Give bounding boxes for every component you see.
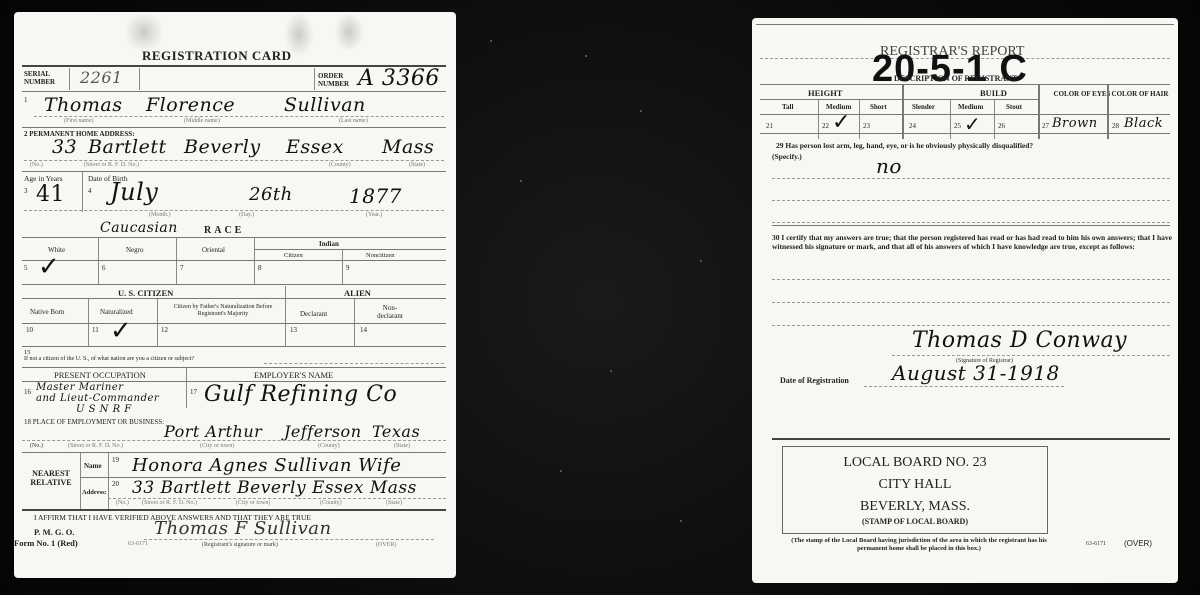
eye-color: Brown	[1052, 116, 1098, 131]
divider	[22, 284, 446, 285]
relative-address-label: Address:	[82, 489, 107, 496]
field-number: 4	[88, 187, 92, 195]
caption: (City or town)	[236, 500, 270, 506]
dob-month: July	[110, 178, 158, 206]
divider	[864, 386, 1064, 387]
card-title: REGISTRATION CARD	[142, 48, 291, 64]
divider	[772, 325, 1170, 326]
dust-speck	[585, 55, 587, 57]
stamp-line3: BEVERLY, MASS.	[783, 499, 1047, 515]
caption: (First name)	[64, 118, 94, 124]
divider	[772, 438, 1170, 440]
dust-speck	[520, 180, 522, 182]
divider	[342, 249, 343, 284]
field-number: 19	[112, 456, 119, 464]
occupation-line1: Master Mariner	[36, 382, 124, 393]
build-col-medium: Medium	[958, 103, 983, 111]
address-state: Mass	[382, 136, 434, 158]
employer-name: Gulf Refining Co	[204, 382, 397, 407]
divider	[82, 172, 83, 212]
registrar-signature: Thomas D Conway	[912, 328, 1127, 353]
serial-number-label: SERIAL NUMBER	[24, 70, 68, 86]
field-number: 24	[909, 122, 916, 130]
caption: (Day.)	[239, 212, 254, 218]
divider	[254, 249, 446, 250]
employment-county: Jefferson	[284, 422, 362, 441]
eyes-title: COLOR OF EYES	[1052, 90, 1112, 98]
divider	[772, 178, 1170, 179]
alien-col-declarant: Declarant	[300, 310, 327, 318]
height-title: HEIGHT	[808, 88, 842, 98]
field-number: 20	[112, 480, 119, 488]
caption: (No.)	[116, 500, 129, 506]
field-number: 26	[998, 122, 1005, 130]
citizen-col-native: Native Born	[30, 308, 64, 316]
address-county: Essex	[286, 136, 344, 158]
divider	[902, 85, 904, 139]
q29-text: 29 Has person lost arm, leg, hand, eye, …	[776, 141, 1033, 150]
checkmark-icon: ✓	[110, 316, 132, 346]
us-citizen-title: U. S. CITIZEN	[118, 288, 173, 298]
field-number: 9	[346, 264, 350, 272]
smudge	[124, 12, 164, 52]
build-col-stout: Stout	[1006, 103, 1022, 111]
divider	[1107, 85, 1109, 139]
divider	[264, 363, 444, 364]
age-value: 41	[36, 182, 65, 207]
divider	[22, 440, 446, 441]
divider	[98, 238, 99, 284]
divider	[22, 260, 446, 261]
citizen-col-father: Citizen by Father's Naturalization Befor…	[164, 304, 282, 318]
field-number: 15	[24, 349, 31, 356]
pmgo-label: P. M. G. O.	[34, 527, 75, 537]
field-number: 16	[24, 388, 31, 396]
divider	[186, 368, 187, 408]
dob-year: 1877	[349, 184, 402, 208]
dust-speck	[700, 260, 702, 262]
race-col-indian-noncitizen: Noncitizen	[366, 252, 395, 259]
divider	[772, 222, 1170, 223]
address-number: 33	[52, 136, 77, 158]
q29-specify: (Specify.)	[772, 152, 802, 161]
caption: (County)	[318, 443, 340, 449]
address-street: Bartlett	[88, 136, 167, 158]
field-number: 23	[863, 122, 870, 130]
caption: (State)	[409, 162, 425, 168]
divider	[22, 127, 446, 128]
description-subtitle: DESCRIPTION OF REGISTRANT	[894, 74, 1017, 83]
serial-number-value: 2261	[80, 68, 123, 87]
divider	[772, 279, 1170, 280]
divider	[22, 367, 446, 368]
divider	[144, 539, 434, 540]
race-col-negro: Negro	[126, 246, 144, 254]
dust-speck	[490, 40, 492, 42]
divider	[22, 452, 446, 453]
relative-name: Honora Agnes Sullivan Wife	[132, 455, 401, 476]
field-number: 6	[102, 264, 106, 272]
caption: (County)	[329, 162, 351, 168]
signature-caption: (Registrant's signature or mark)	[202, 542, 278, 548]
field15-label: If not a citizen of the U. S., of what n…	[24, 356, 194, 362]
stamp-note: (The stamp of the Local Board having jur…	[784, 537, 1054, 553]
date-of-registration: August 31-1918	[892, 361, 1060, 385]
caption: (State)	[386, 500, 402, 506]
divider	[760, 99, 1038, 100]
divider	[176, 238, 177, 284]
height-col-tall: Tall	[782, 103, 793, 111]
dob-day: 26th	[249, 184, 293, 205]
field-number: 17	[190, 388, 197, 396]
form-code: 63-6171	[1086, 541, 1106, 547]
divider	[892, 355, 1170, 356]
build-title: BUILD	[980, 88, 1007, 98]
hair-title: COLOR OF HAIR	[1110, 90, 1170, 98]
divider	[108, 453, 109, 509]
order-number-label: ORDER NUMBER	[318, 72, 354, 88]
form-number: Form No. 1 (Red)	[14, 538, 78, 548]
dust-speck	[680, 520, 682, 522]
caption: (No.)	[30, 162, 43, 168]
caption: (City or town)	[200, 443, 234, 449]
checkmark-icon: ✓	[38, 252, 60, 282]
stamp-line2: CITY HALL	[783, 477, 1047, 493]
q29-answer: no	[876, 154, 902, 178]
order-number-value: A 3366	[358, 66, 440, 91]
divider	[254, 238, 255, 284]
caption: (Last name)	[339, 118, 368, 124]
race-col-indian-citizen: Citizen	[284, 252, 303, 259]
caption: (Year.)	[366, 212, 382, 218]
occupation-line2: and Lieut-Commander	[36, 393, 159, 404]
race-col-indian: Indian	[319, 240, 339, 248]
field-number: 13	[290, 326, 297, 334]
caption: (State)	[394, 443, 410, 449]
divider	[760, 133, 1170, 134]
field-number: 21	[766, 122, 773, 130]
divider	[139, 68, 140, 90]
field-number: 11	[92, 326, 99, 334]
divider	[22, 171, 446, 172]
occupation-title: PRESENT OCCUPATION	[54, 370, 146, 380]
field-number: 10	[26, 326, 33, 334]
field-number: 8	[258, 264, 262, 272]
dust-speck	[610, 370, 612, 372]
divider	[22, 91, 446, 92]
stamp-caption: (STAMP OF LOCAL BOARD)	[783, 517, 1047, 526]
field-number: 7	[180, 264, 184, 272]
date-of-registration-label: Date of Registration	[780, 376, 849, 385]
hair-color: Black	[1124, 116, 1163, 131]
relative-name-label: Name	[84, 462, 102, 470]
divider	[772, 225, 1170, 226]
caption: (Street or R. F. D. No.)	[142, 500, 197, 506]
divider	[22, 346, 446, 347]
form-code: 63-6171	[128, 541, 148, 547]
race-col-oriental: Oriental	[202, 246, 225, 254]
relative-address: 33 Bartlett Beverly Essex Mass	[132, 478, 417, 498]
caption: (County)	[320, 500, 342, 506]
race-handwritten: Caucasian	[100, 220, 178, 236]
local-board-stamp: LOCAL BOARD NO. 23 CITY HALL BEVERLY, MA…	[782, 446, 1048, 534]
field-number: 1	[24, 96, 28, 104]
checkmark-icon: ✓	[832, 110, 850, 135]
dust-speck	[560, 470, 562, 472]
middle-name: Florence	[146, 94, 235, 116]
caption: (Street or R. F. D. No.)	[68, 443, 123, 449]
caption: (Middle name)	[184, 118, 220, 124]
field-number: 12	[161, 326, 168, 334]
employment-state: Texas	[372, 422, 420, 441]
divider	[69, 68, 70, 90]
field-number: 22	[822, 122, 829, 130]
caption: (Street or R. F. D. No.)	[84, 162, 139, 168]
divider	[772, 302, 1170, 303]
height-col-short: Short	[870, 103, 887, 111]
divider	[285, 286, 286, 346]
occupation-line3: U S N R F	[76, 404, 132, 415]
registrant-signature: Thomas F Sullivan	[154, 518, 332, 539]
over-label: (OVER)	[376, 542, 396, 548]
divider	[314, 68, 315, 90]
over-label: (OVER)	[1124, 539, 1152, 548]
field-number: 27	[1042, 122, 1049, 130]
divider	[34, 116, 444, 117]
divider	[24, 210, 444, 211]
divider	[80, 453, 81, 509]
field-number: 25	[954, 122, 961, 130]
dust-speck	[640, 110, 642, 112]
alien-col-nondeclarant: Non-declarant	[370, 304, 410, 320]
divider	[1038, 85, 1040, 139]
divider	[108, 498, 446, 499]
employment-city: Port Arthur	[164, 422, 262, 441]
divider	[22, 509, 446, 511]
divider	[24, 160, 444, 161]
field-number: 14	[360, 326, 367, 334]
q30-text: 30 I certify that my answers are true; t…	[772, 234, 1172, 251]
alien-title: ALIEN	[344, 288, 371, 298]
employer-title: EMPLOYER'S NAME	[254, 370, 333, 380]
field18-label: 18 PLACE OF EMPLOYMENT OR BUSINESS:	[24, 418, 164, 426]
field-number: 5	[24, 264, 28, 272]
caption: (Month.)	[149, 212, 171, 218]
caption: (No.)	[30, 443, 43, 449]
stamp-line1: LOCAL BOARD NO. 23	[783, 455, 1047, 471]
build-col-slender: Slender	[912, 103, 935, 111]
address-city: Beverly	[184, 136, 261, 158]
divider	[22, 323, 446, 324]
registrars-report-card: REGISTRAR'S REPORT 20-5-1 C DESCRIPTION …	[752, 18, 1178, 583]
race-title: RACE	[204, 225, 244, 236]
citizen-col-naturalized: Naturalized	[100, 308, 133, 316]
divider	[756, 24, 1174, 25]
field-number: 3	[24, 187, 28, 195]
divider	[22, 298, 446, 299]
divider	[772, 200, 1170, 201]
first-name: Thomas	[44, 94, 122, 116]
last-name: Sullivan	[284, 94, 366, 116]
divider	[22, 237, 446, 238]
field-number: 28	[1112, 122, 1119, 130]
nearest-relative-label: NEAREST RELATIVE	[24, 469, 78, 487]
registration-card-front: REGISTRATION CARD SERIAL NUMBER 2261 ORD…	[14, 12, 456, 578]
smudge	[334, 12, 364, 52]
